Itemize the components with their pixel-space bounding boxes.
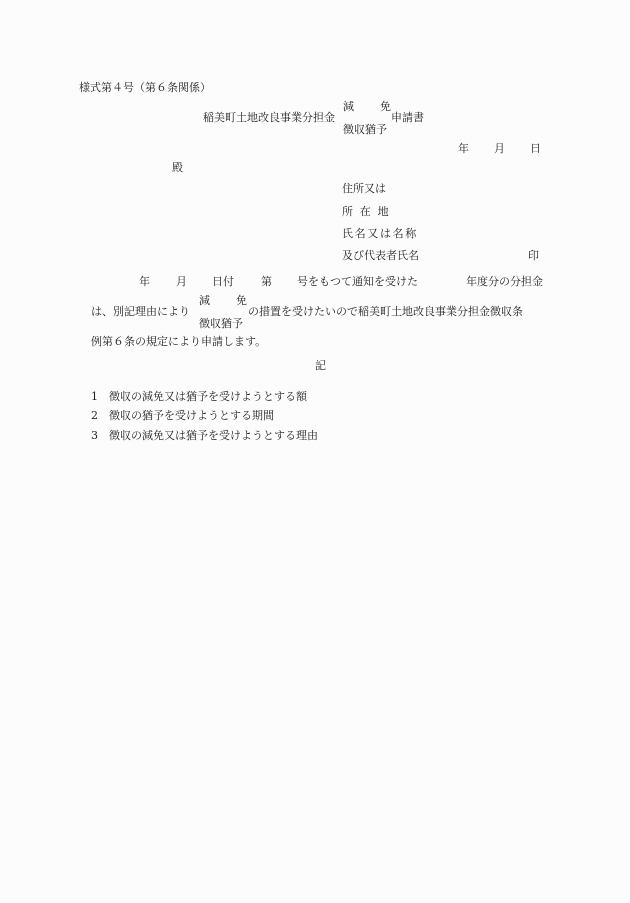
body-year-label: 年 (139, 276, 150, 287)
item-number: 1 (91, 391, 98, 402)
body-month-label: 月 (176, 276, 187, 287)
body-line3: 例第６条の規定により申請します。 (91, 336, 266, 347)
name-label-2: 及び代表者氏名 (342, 250, 419, 261)
name-label-1: 氏名又は名称 (342, 228, 418, 239)
title-prefix: 稲美町土地改良事業分担金 (203, 112, 335, 123)
note-heading: 記 (315, 360, 326, 371)
body-line2-prefix: は、別記理由により (91, 306, 190, 317)
item-number: 3 (91, 430, 98, 441)
body-dated-label: 日付 (212, 276, 234, 287)
seal-mark: 印 (528, 250, 539, 261)
body-number-suffix: 号をもつて通知を受けた (297, 276, 418, 287)
date-month-label: 月 (494, 143, 505, 154)
item-text: 徴収の減免又は猶予を受けようとする額 (109, 391, 307, 402)
form-number: 様式第４号（第６条関係） (79, 82, 211, 93)
item-number: 2 (91, 410, 98, 421)
addressee-suffix: 殿 (172, 162, 183, 173)
body-line2-suffix: の措置を受けたいので稲美町土地改良事業分担金徴収条 (248, 306, 523, 317)
body-option-reduction: 減 (199, 295, 210, 306)
date-year-label: 年 (458, 143, 469, 154)
address-label-1: 住所又は (342, 183, 386, 194)
item-text: 徴収の猶予を受けようとする期間 (109, 410, 274, 421)
title-option-exemption: 免 (380, 101, 391, 112)
body-option-exemption: 免 (236, 295, 247, 306)
title-option-deferral: 徴収猶予 (343, 124, 387, 135)
date-day-label: 日 (530, 143, 541, 154)
body-number-prefix: 第 (261, 276, 272, 287)
title-suffix: 申請書 (391, 112, 424, 123)
address-label-2: 所 在 地 (342, 206, 390, 217)
body-fiscal-year: 年度分の分担金 (466, 276, 543, 287)
item-text: 徴収の減免又は猶予を受けようとする理由 (109, 430, 318, 441)
title-option-reduction: 減 (343, 101, 354, 112)
body-option-deferral: 徴収猶予 (199, 318, 243, 329)
